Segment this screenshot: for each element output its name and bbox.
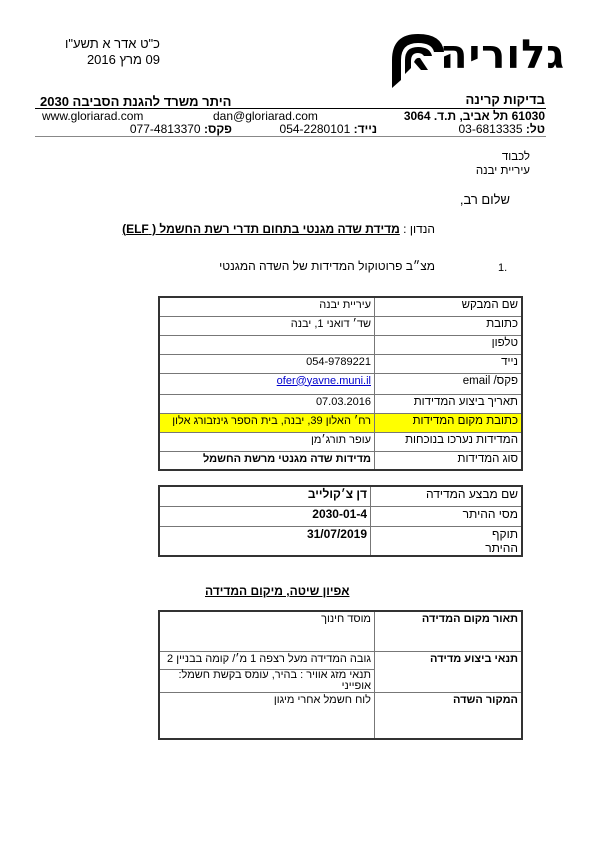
field-value: 07.03.2016	[159, 394, 375, 413]
conditions-label: תנאי ביצוע מדידה	[375, 651, 523, 692]
table-row: תוקףההיתר31/07/2019	[159, 526, 522, 556]
phone-label: טל:	[526, 122, 545, 136]
item-text: מצ״ב פרוטוקול המדידות של השדה המגנטי	[219, 259, 435, 273]
mobile-value: 054-2280101	[280, 122, 351, 136]
hebrew-date: כ"ט אדר א תשע"ו	[40, 36, 160, 52]
email-link[interactable]: ofer@yavne.muni.il	[277, 375, 371, 387]
company-logo: גלוריה	[388, 30, 563, 90]
mobile-label: נייד:	[354, 122, 377, 136]
company-address: 61030 תל אביב, ת.ד. 3064	[404, 109, 545, 123]
method-title: אפיון שיטה, מיקום המדידה	[205, 584, 349, 598]
method-table: תאור מקום המדידה מוסד חינוך תנאי ביצוע מ…	[158, 610, 523, 740]
field-value: דן צ׳קולייב	[159, 486, 371, 506]
field-value[interactable]: ofer@yavne.muni.il	[159, 373, 375, 394]
field-label: סוג המדידות	[375, 451, 523, 470]
table-row: פקס/ emailofer@yavne.muni.il	[159, 373, 522, 394]
location-value: מוסד חינוך	[159, 611, 375, 651]
source-label: המקור השדה	[375, 692, 523, 739]
table-row: שם מבצע המדידהדן צ׳קולייב	[159, 486, 522, 506]
requester-table: שם המבקשעיריית יבנהכתובתשד׳ דואני 1, יבנ…	[158, 296, 523, 471]
item-number: 1.	[498, 262, 507, 274]
field-label: נייד	[375, 354, 523, 373]
field-label-line: ההיתר	[374, 541, 518, 555]
field-label-line: תוקף	[374, 527, 518, 541]
conditions-value-2: תנאי מזג אוויר : בהיר, עומס בקשת חשמל: א…	[159, 669, 375, 692]
company-subtitle: בדיקות קרינה	[466, 92, 545, 107]
mobile-line: נייד: 054-2280101	[280, 122, 377, 136]
table-row: המקור השדה לוח חשמל אחרי מיגון	[159, 692, 522, 739]
company-website[interactable]: www.gloriarad.com	[42, 109, 143, 123]
location-label: תאור מקום המדידה	[375, 611, 523, 651]
company-email[interactable]: dan@gloriarad.com	[213, 109, 318, 123]
field-value: עופר תורג׳מן	[159, 432, 375, 451]
table-row: סוג המדידותמדידות שדה מגנטי מרשת החשמל	[159, 451, 522, 470]
fax-value: 077-4813370	[130, 122, 201, 136]
letter-date: כ"ט אדר א תשע"ו 09 מרץ 2016	[40, 36, 160, 68]
inspector-table: שם מבצע המדידהדן צ׳קולייבמסי ההיתר2030-0…	[158, 485, 523, 557]
field-label: מסי ההיתר	[371, 506, 523, 526]
table-row: המדידות נערכו בנוכחותעופר תורג׳מן	[159, 432, 522, 451]
conditions-value-1: גובה המדידה מעל רצפה 1 מ׳/ קומה בבניין 2	[159, 651, 375, 669]
field-value: עיריית יבנה	[159, 297, 375, 316]
permit-text: היתר משרד להגנת הסביבה 2030	[40, 94, 231, 109]
field-value	[159, 335, 375, 354]
to-label: לכבוד	[476, 150, 530, 164]
table-row: שם המבקשעיריית יבנה	[159, 297, 522, 316]
logo-arch-icon	[388, 30, 446, 92]
field-value: שד׳ דואני 1, יבנה	[159, 316, 375, 335]
source-value: לוח חשמל אחרי מיגון	[159, 692, 375, 739]
field-value: מדידות שדה מגנטי מרשת החשמל	[159, 451, 375, 470]
field-value: 31/07/2019	[159, 526, 371, 556]
gregorian-date: 09 מרץ 2016	[40, 52, 160, 68]
field-value: 2030-01-4	[159, 506, 371, 526]
field-value: 054-9789221	[159, 354, 375, 373]
field-label: שם המבקש	[375, 297, 523, 316]
field-label: כתובת	[375, 316, 523, 335]
addressee: לכבוד עיריית יבנה	[476, 150, 530, 178]
fax-line: פקס: 077-4813370	[130, 122, 232, 136]
table-row: נייד054-9789221	[159, 354, 522, 373]
field-label: טלפון	[375, 335, 523, 354]
fax-label: פקס:	[204, 122, 232, 136]
field-label: תוקףההיתר	[371, 526, 523, 556]
field-label: תאריך ביצוע המדידות	[375, 394, 523, 413]
subject-text: מדידת שדה מגנטי בתחום תדרי רשת החשמל ( E…	[122, 222, 400, 236]
header-divider-bottom	[35, 136, 546, 137]
field-label: כתובת מקום המדידות	[375, 413, 523, 432]
table-row: תאור מקום המדידה מוסד חינוך	[159, 611, 522, 651]
table-row: תאריך ביצוע המדידות07.03.2016	[159, 394, 522, 413]
subject-line: הנדון : מדידת שדה מגנטי בתחום תדרי רשת ה…	[122, 222, 435, 236]
phone-value: 03-6813335	[458, 122, 522, 136]
greeting: שלום רב,	[460, 192, 510, 207]
table-row: כתובת מקום המדידותרח׳ האלון 39, יבנה, בי…	[159, 413, 522, 432]
subject-label: הנדון :	[403, 222, 435, 236]
table-row: טלפון	[159, 335, 522, 354]
logo-text: גלוריה	[440, 32, 565, 78]
field-label: שם מבצע המדידה	[371, 486, 523, 506]
field-label: המדידות נערכו בנוכחות	[375, 432, 523, 451]
table-row: מסי ההיתר2030-01-4	[159, 506, 522, 526]
table-row: כתובתשד׳ דואני 1, יבנה	[159, 316, 522, 335]
table-row: תנאי ביצוע מדידה גובה המדידה מעל רצפה 1 …	[159, 651, 522, 669]
recipient: עיריית יבנה	[476, 164, 530, 178]
phone-line: טל: 03-6813335	[458, 122, 545, 136]
field-value: רח׳ האלון 39, יבנה, בית הספר גינזבורג אל…	[159, 413, 375, 432]
field-label: פקס/ email	[375, 373, 523, 394]
